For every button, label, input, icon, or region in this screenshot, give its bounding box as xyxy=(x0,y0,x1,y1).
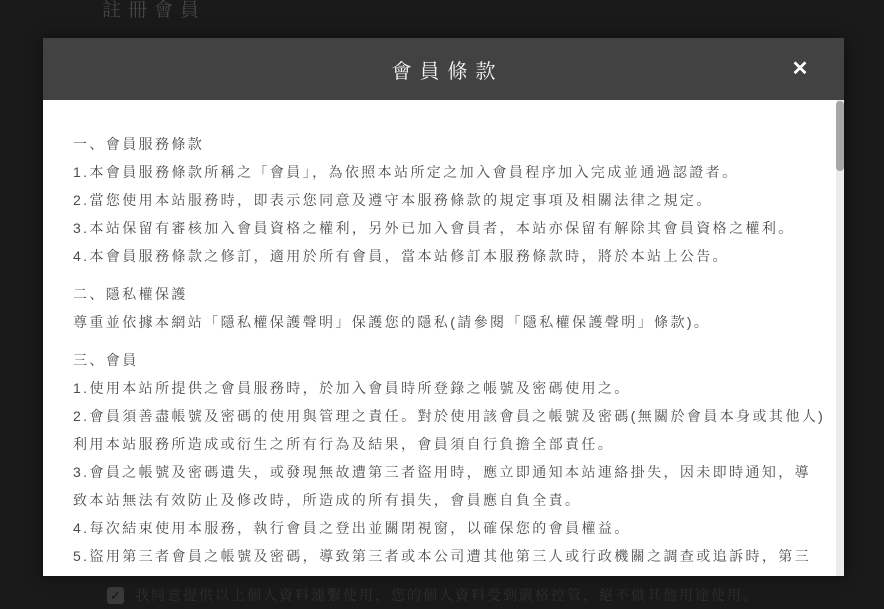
terms-section: 一、會員服務條款 1.本會員服務條款所稱之「會員」，為依照本站所定之加入會員程序… xyxy=(73,130,826,270)
terms-modal: 會員條款 ✕ 一、會員服務條款 1.本會員服務條款所稱之「會員」，為依照本站所定… xyxy=(43,38,844,576)
terms-section-heading: 一、會員服務條款 xyxy=(73,130,826,158)
terms-item: 3.會員之帳號及密碼遺失，或發現無故遭第三者盜用時，應立即通知本站連絡掛失，因未… xyxy=(73,458,826,514)
terms-section: 三、會員 1.使用本站所提供之會員服務時，於加入會員時所登錄之帳號及密碼使用之。… xyxy=(73,346,826,576)
consent-checkbox[interactable]: ✓ xyxy=(107,587,124,604)
terms-item: 尊重並依據本網站「隱私權保護聲明」保護您的隱私(請參閱「隱私權保護聲明」條款)。 xyxy=(73,308,826,336)
terms-section-heading: 二、隱私權保護 xyxy=(73,280,826,308)
terms-section-heading: 三、會員 xyxy=(73,346,826,374)
terms-item: 3.本站保留有審核加入會員資格之權利，另外已加入會員者，本站亦保留有解除其會員資… xyxy=(73,214,826,242)
terms-sections: 一、會員服務條款 1.本會員服務條款所稱之「會員」，為依照本站所定之加入會員程序… xyxy=(43,100,826,576)
consent-label: 我同意提供以上個人資料連繫使用，您的個人資料受到嚴格控管，絕不做其他用途使用。 xyxy=(135,585,759,605)
terms-section: 二、隱私權保護 尊重並依據本網站「隱私權保護聲明」保護您的隱私(請參閱「隱私權保… xyxy=(73,280,826,336)
check-icon: ✓ xyxy=(110,589,121,602)
modal-title: 會員條款 xyxy=(384,55,504,84)
modal-header: 會員條款 ✕ xyxy=(43,38,844,100)
terms-item: 1.本會員服務條款所稱之「會員」，為依照本站所定之加入會員程序加入完成並通過認證… xyxy=(73,158,826,186)
terms-item: 1.使用本站所提供之會員服務時，於加入會員時所登錄之帳號及密碼使用之。 xyxy=(73,374,826,402)
close-icon[interactable]: ✕ xyxy=(786,55,814,83)
terms-item: 5.盜用第三者會員之帳號及密碼，導致第三者或本公司遭其他第三人或行政機關之調查或… xyxy=(73,542,826,576)
terms-item: 4.本會員服務條款之修訂，適用於所有會員，當本站修訂本服務條款時，將於本站上公告… xyxy=(73,242,826,270)
terms-item: 2.會員須善盡帳號及密碼的使用與管理之責任。對於使用該會員之帳號及密碼(無關於會… xyxy=(73,402,826,458)
scrollbar-track[interactable] xyxy=(836,100,844,576)
terms-item: 4.每次結束使用本服務，執行會員之登出並關閉視窗，以確保您的會員權益。 xyxy=(73,514,826,542)
modal-body[interactable]: 一、會員服務條款 1.本會員服務條款所稱之「會員」，為依照本站所定之加入會員程序… xyxy=(43,100,844,576)
terms-item: 2.當您使用本站服務時，即表示您同意及遵守本服務條款的規定事項及相關法律之規定。 xyxy=(73,186,826,214)
consent-row: ✓ 我同意提供以上個人資料連繫使用，您的個人資料受到嚴格控管，絕不做其他用途使用… xyxy=(107,585,759,605)
scrollbar-thumb[interactable] xyxy=(836,101,844,171)
page-heading: 註冊會員 xyxy=(102,0,206,22)
